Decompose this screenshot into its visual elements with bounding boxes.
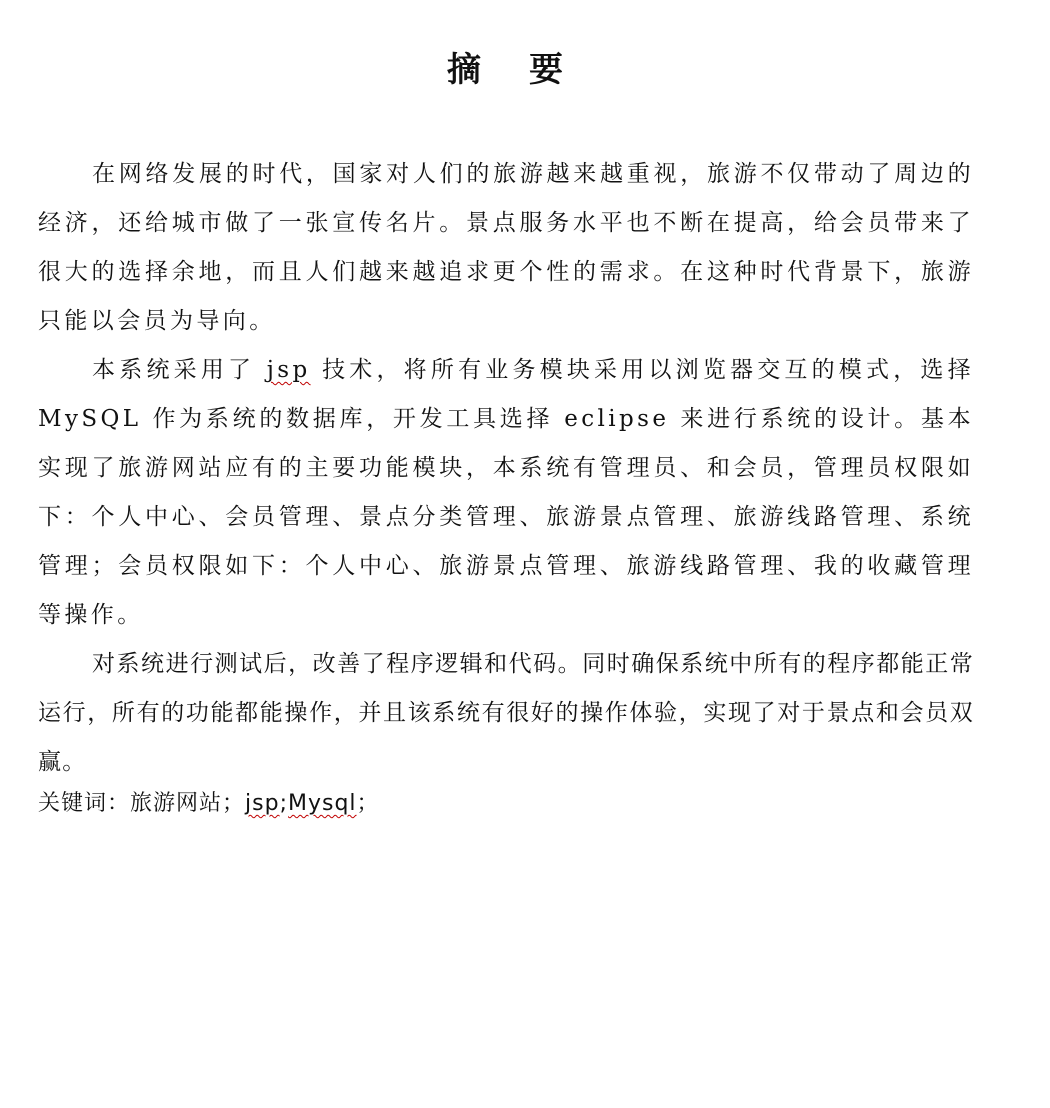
paragraph-text: 本系统采用了 bbox=[92, 357, 267, 383]
keywords-line: 关键词：旅游网站；jsp;Mysql； bbox=[38, 786, 380, 822]
abstract-body: 在网络发展的时代，国家对人们的旅游越来越重视，旅游不仅带动了周边的经济，还给城市… bbox=[38, 150, 974, 787]
keyword-item-spellcheck: jsp bbox=[245, 791, 280, 816]
paragraph-testing: 对系统进行测试后，改善了程序逻辑和代码。同时确保系统中所有的程序都能正常运行，所… bbox=[38, 640, 974, 787]
keyword-separator: ; bbox=[280, 791, 288, 816]
paragraph-background: 在网络发展的时代，国家对人们的旅游越来越重视，旅游不仅带动了周边的经济，还给城市… bbox=[38, 150, 974, 346]
paragraph-system-overview: 本系统采用了 jsp 技术，将所有业务模块采用以浏览器交互的模式，选择 MySQ… bbox=[38, 346, 974, 640]
abstract-title: 摘要 bbox=[0, 42, 1010, 91]
abstract-title-char-2: 要 bbox=[529, 42, 563, 91]
paragraph-text: 对系统进行测试后，改善了程序逻辑和代码。同时确保系统中所有的程序都能正常运行，所… bbox=[38, 651, 974, 775]
abstract-title-char-1: 摘 bbox=[447, 42, 481, 91]
spellcheck-word-jsp: jsp bbox=[267, 357, 311, 383]
paragraph-text: 技术，将所有业务模块采用以浏览器交互的模式，选择 MySQL 作为系统的数据库，… bbox=[38, 357, 974, 628]
paragraph-text: 在网络发展的时代，国家对人们的旅游越来越重视，旅游不仅带动了周边的经济，还给城市… bbox=[38, 161, 974, 334]
keywords-label: 关键词： bbox=[38, 791, 130, 816]
keyword-item: 旅游网站； bbox=[130, 791, 245, 816]
keyword-item-spellcheck: Mysql bbox=[288, 791, 357, 816]
keyword-separator: ； bbox=[357, 791, 380, 816]
